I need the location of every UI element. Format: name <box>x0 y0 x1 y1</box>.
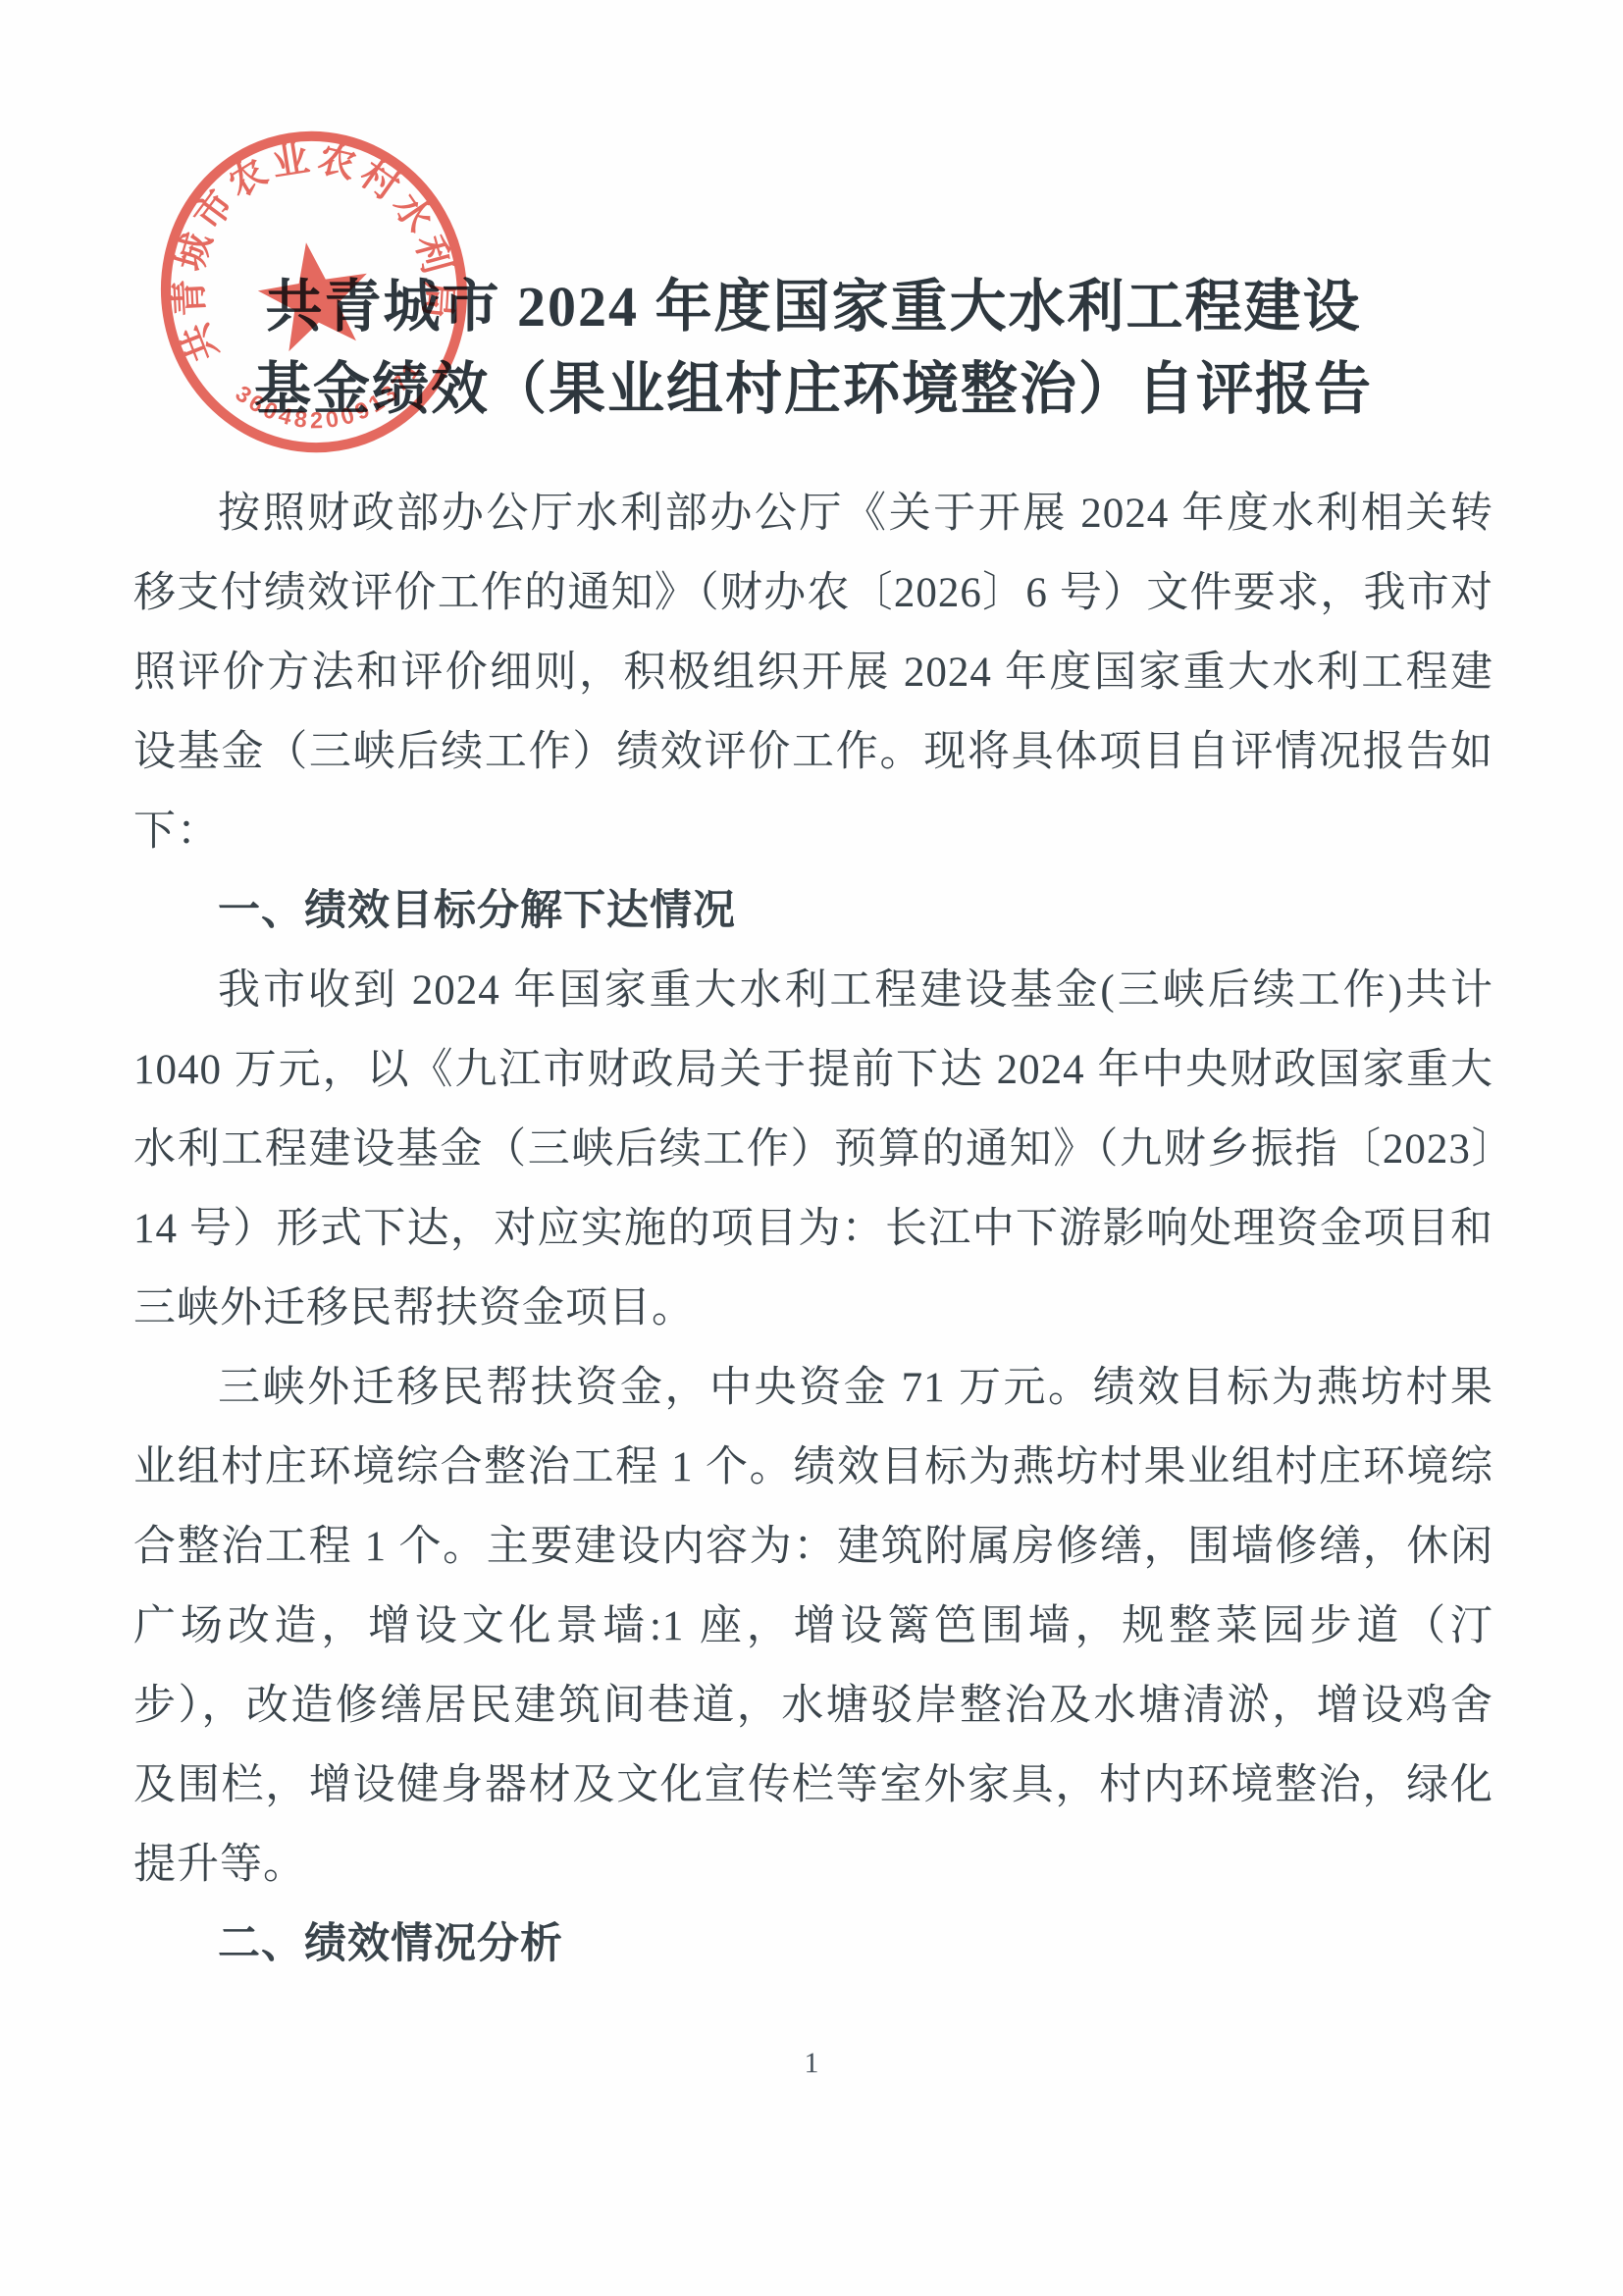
title-line-2: 基金绩效（果业组村庄环境整治）自评报告 <box>133 348 1493 431</box>
paragraph-project-content: 三峡外迁移民帮扶资金，中央资金 71 万元。绩效目标为燕坊村果业组村庄环境综合整… <box>133 1348 1493 1905</box>
document-title: 共青城市 2024 年度国家重大水利工程建设 基金绩效（果业组村庄环境整治）自评… <box>133 266 1493 431</box>
section-heading-1: 一、绩效目标分解下达情况 <box>133 871 1493 951</box>
page-number: 1 <box>0 2047 1623 2080</box>
document-body: 按照财政部办公厅水利部办公厅《关于开展 2024 年度水利相关转移支付绩效评价工… <box>133 474 1493 1984</box>
paragraph-intro: 按照财政部办公厅水利部办公厅《关于开展 2024 年度水利相关转移支付绩效评价工… <box>133 474 1493 871</box>
document-page: 共青城市 2024 年度国家重大水利工程建设 基金绩效（果业组村庄环境整治）自评… <box>0 0 1623 2296</box>
paragraph-fund-allocation: 我市收到 2024 年国家重大水利工程建设基金(三峡后续工作)共计 1040 万… <box>133 951 1493 1348</box>
document-content: 共青城市 2024 年度国家重大水利工程建设 基金绩效（果业组村庄环境整治）自评… <box>133 228 1493 1984</box>
title-line-1: 共青城市 2024 年度国家重大水利工程建设 <box>133 266 1493 348</box>
section-heading-2: 二、绩效情况分析 <box>133 1905 1493 1984</box>
